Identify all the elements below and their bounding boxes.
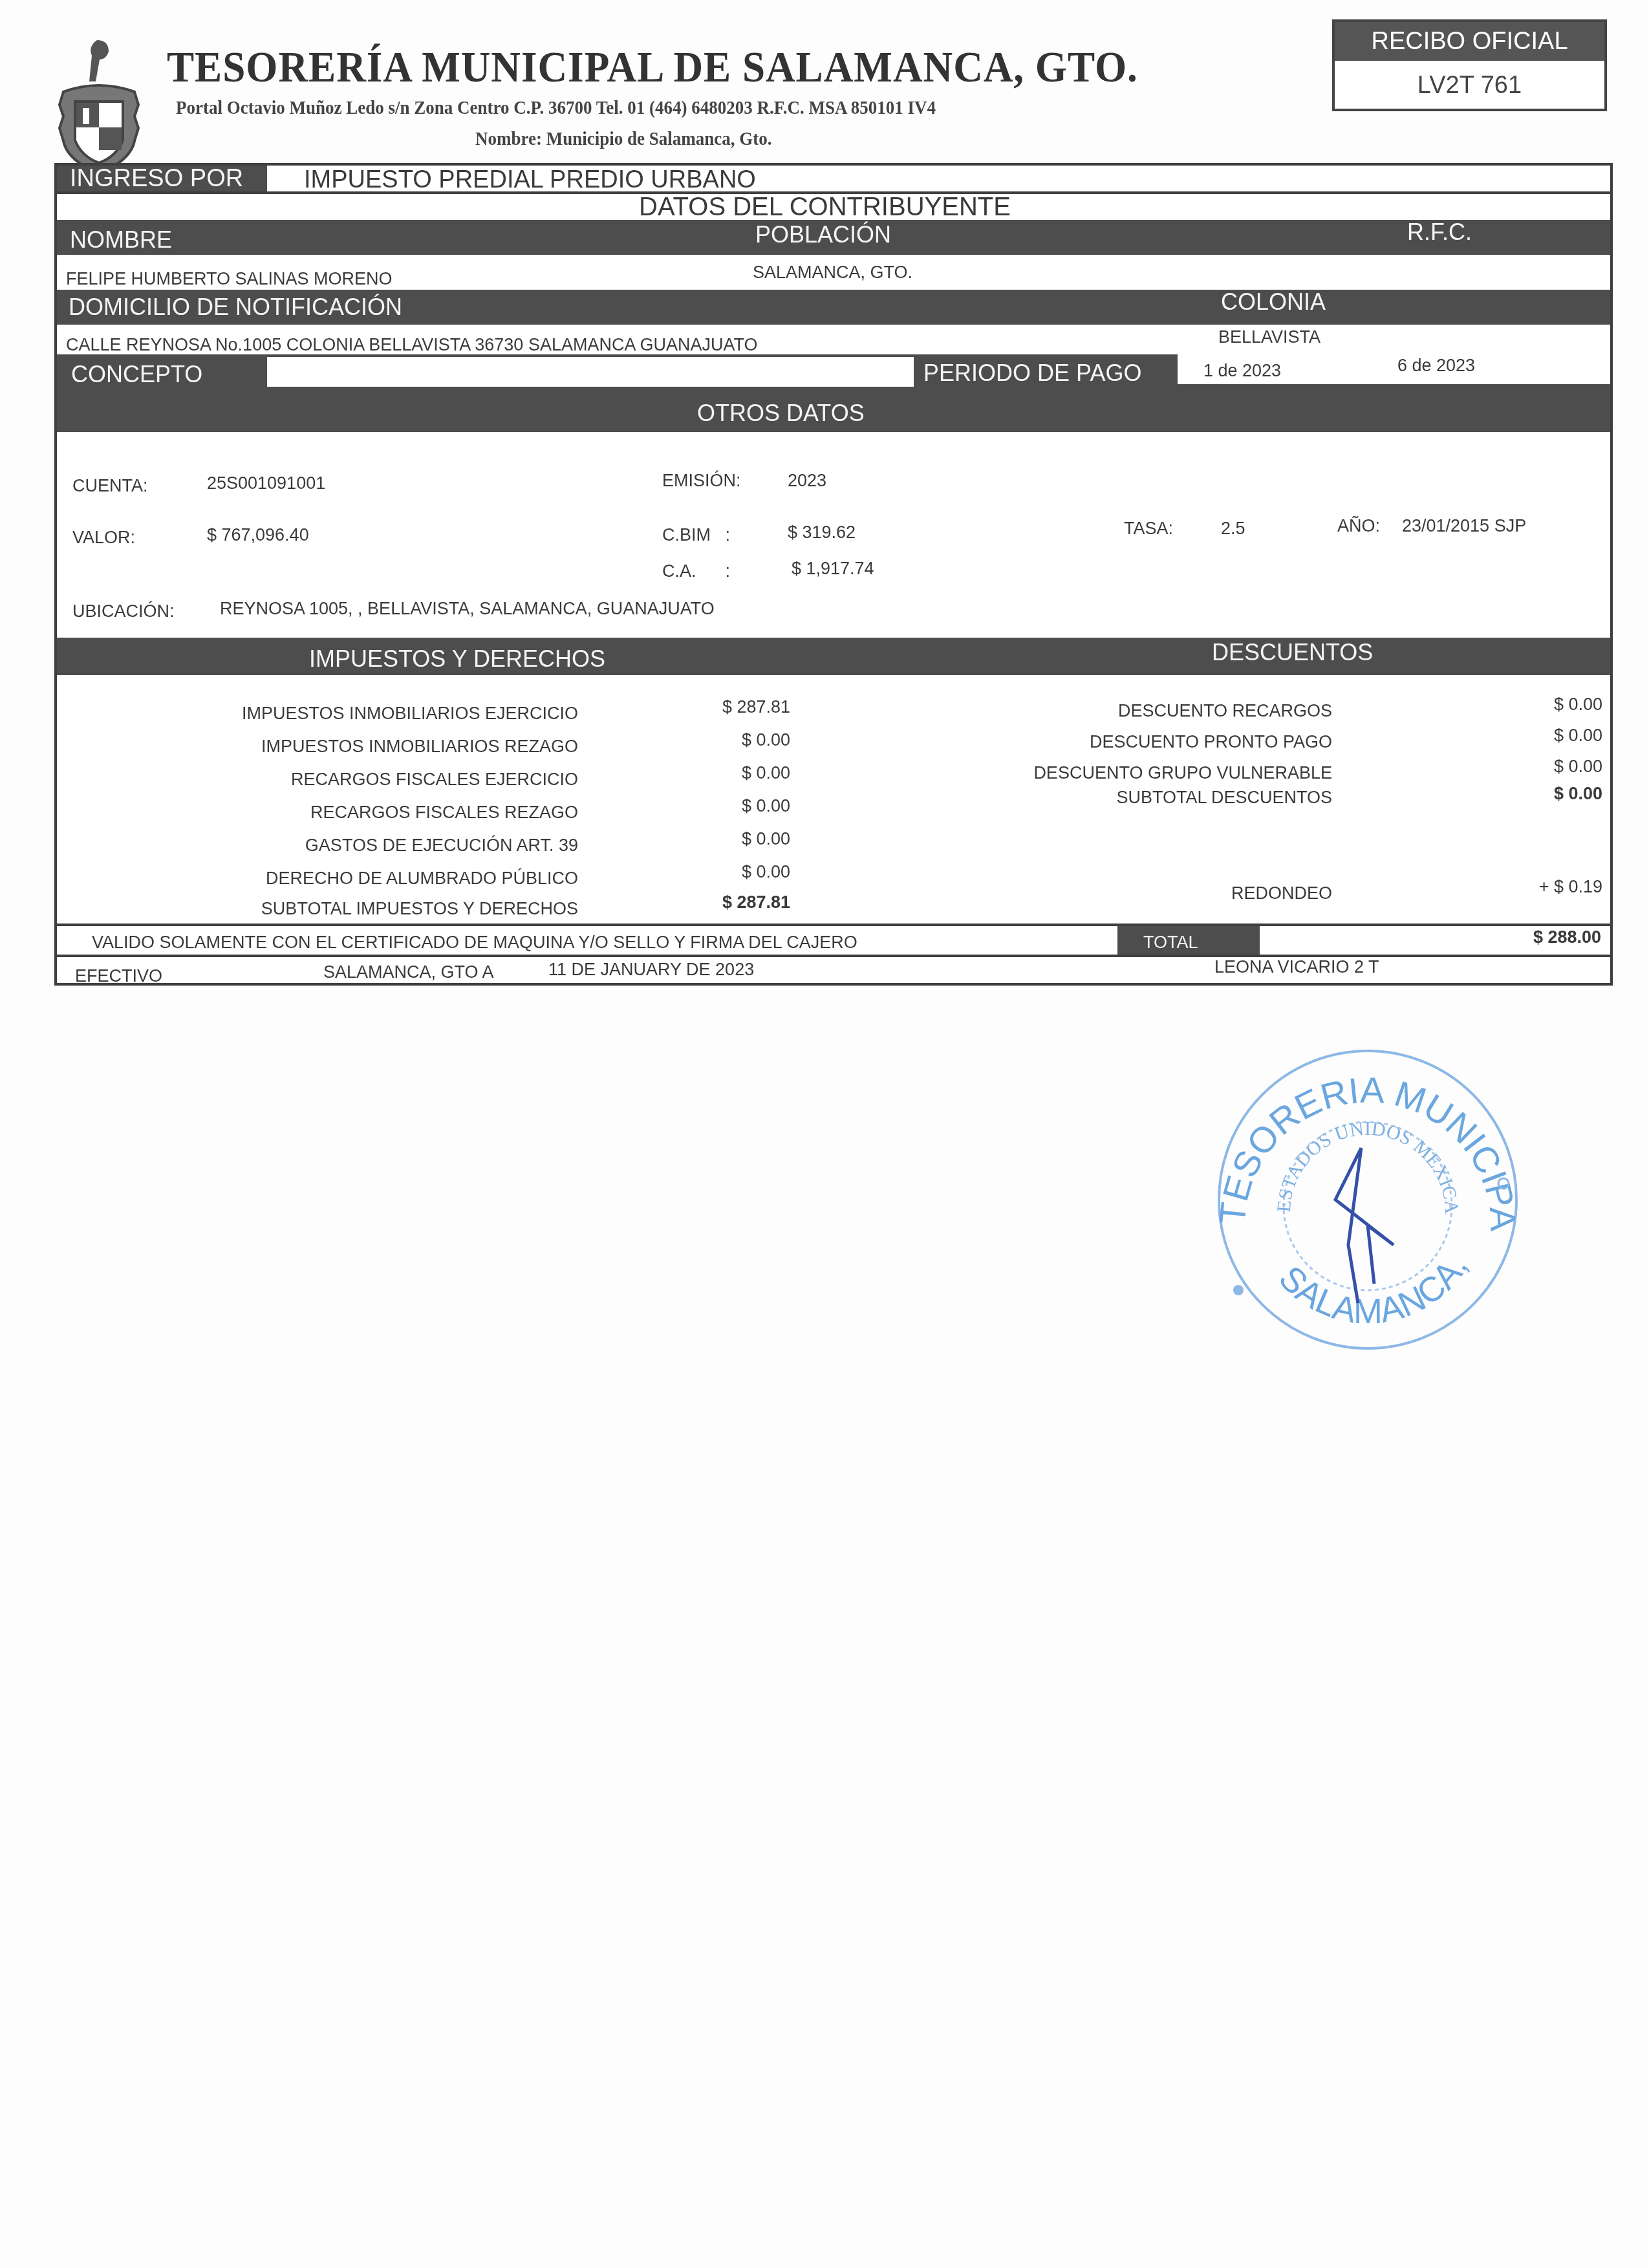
periodo-hasta: 6 de 2023 (1397, 356, 1475, 376)
sucursal: LEONA VICARIO 2 T (1214, 957, 1379, 977)
redondeo-amount: + $ 0.19 (1539, 877, 1602, 897)
impuestos-title: IMPUESTOS Y DERECHOS (309, 645, 605, 673)
poblacion-value: SALAMANCA, GTO. (753, 263, 912, 283)
impuesto-label: RECARGOS FISCALES REZAGO (310, 803, 578, 823)
anio-label: AÑO: (1337, 516, 1380, 536)
receipt-number: LV2T 761 (1335, 62, 1604, 109)
coat-of-arms-logo (50, 34, 147, 182)
ingreso-label: INGRESO POR (70, 165, 243, 193)
receipt-form: INGRESO POR IMPUESTO PREDIAL PREDIO URBA… (54, 163, 1613, 986)
emision-label: EMISIÓN: (662, 471, 741, 491)
receipt-box: RECIBO OFICIAL LV2T 761 (1332, 19, 1607, 111)
impuesto-amount: $ 287.81 (722, 697, 790, 717)
descuento-label: DESCUENTO PRONTO PAGO (1090, 732, 1332, 752)
otros-datos-title: OTROS DATOS (697, 400, 865, 427)
seal-icon: TESORERIA MUNICIPAL SALAMANCA, GTO. ESTA… (1200, 1031, 1536, 1368)
impuesto-label: IMPUESTOS INMOBILIARIOS REZAGO (261, 737, 578, 757)
tasa-label: TASA: (1124, 519, 1173, 539)
nombre-value: FELIPE HUMBERTO SALINAS MORENO (66, 269, 393, 289)
impuesto-amount: $ 0.00 (742, 730, 790, 750)
periodo-value-cell: 1 de 2023 6 de 2023 (1178, 354, 1610, 384)
poblacion-label: POBLACIÓN (755, 221, 891, 248)
signature (1335, 1148, 1394, 1303)
ingreso-value: IMPUESTO PREDIAL PREDIO URBANO (304, 166, 756, 194)
forma-pago: EFECTIVO (75, 966, 162, 986)
contribuyente-header-row: NOMBRE POBLACIÓN R.F.C. (57, 220, 1610, 255)
impuesto-label: GASTOS DE EJECUCIÓN ART. 39 (305, 836, 578, 856)
receipt-label: RECIBO OFICIAL (1335, 22, 1604, 61)
domicilio-header-row: DOMICILIO DE NOTIFICACIÓN COLONIA (57, 290, 1610, 325)
cbim-label: C.BIM : (662, 525, 730, 545)
cuenta-value: 25S001091001 (207, 473, 325, 493)
impuestos-descuentos-header: IMPUESTOS Y DERECHOS DESCUENTOS (57, 638, 1610, 675)
domicilio-label: DOMICILIO DE NOTIFICACIÓN (69, 294, 402, 321)
ingreso-label-cell: INGRESO POR (57, 166, 267, 191)
impuesto-amount: $ 0.00 (742, 829, 790, 849)
total-label: TOTAL (1143, 933, 1198, 953)
concepto-row: CONCEPTO PERIODO DE PAGO 1 de 2023 6 de … (57, 354, 1610, 393)
header-nombre: Nombre: Municipio de Salamanca, Gto. (475, 128, 772, 150)
emision-value: 2023 (788, 471, 826, 491)
municipal-coat-of-arms-icon (50, 34, 147, 182)
descuentos-subtotal-amount: $ 0.00 (1554, 784, 1602, 804)
tasa-value: 2.5 (1221, 519, 1245, 539)
descuento-label: DESCUENTO RECARGOS (1118, 701, 1332, 721)
descuento-amount: $ 0.00 (1554, 695, 1602, 715)
descuento-amount: $ 0.00 (1554, 726, 1602, 746)
fecha: 11 DE JANUARY DE 2023 (548, 960, 754, 980)
validez-text: VALIDO SOLAMENTE CON EL CERTIFICADO DE M… (92, 933, 857, 953)
impuesto-amount: $ 0.00 (742, 763, 790, 783)
ca-value: $ 1,917.74 (792, 559, 874, 579)
redondeo-label: REDONDEO (1231, 883, 1332, 903)
impuesto-label: DERECHO DE ALUMBRADO PÚBLICO (266, 869, 578, 889)
cbim-value: $ 319.62 (788, 523, 856, 543)
ubicacion-label: UBICACIÓN: (72, 601, 175, 621)
colonia-value: BELLAVISTA (1218, 327, 1320, 347)
valor-label: VALOR: (72, 528, 135, 548)
concepto-label: CONCEPTO (71, 361, 202, 388)
valor-value: $ 767,096.40 (207, 525, 309, 545)
ca-label: C.A. : (662, 561, 730, 581)
nombre-label: NOMBRE (70, 226, 172, 254)
descuentos-subtotal-label: SUBTOTAL DESCUENTOS (1116, 788, 1332, 808)
header-address: Portal Octavio Muñoz Ledo s/n Zona Centr… (176, 97, 936, 119)
periodo-desde: 1 de 2023 (1203, 361, 1281, 381)
total-label-cell: TOTAL (1117, 926, 1260, 957)
descuento-label: DESCUENTO GRUPO VULNERABLE (1033, 763, 1332, 783)
page-title: TESORERÍA MUNICIPAL DE SALAMANCA, GTO. (167, 41, 1138, 92)
impuestos-subtotal-label: SUBTOTAL IMPUESTOS Y DERECHOS (261, 899, 578, 919)
lugar: SALAMANCA, GTO A (323, 962, 494, 982)
otros-datos-header: OTROS DATOS (57, 393, 1610, 432)
cuenta-label: CUENTA: (72, 476, 148, 496)
impuesto-label: IMPUESTOS INMOBILIARIOS EJERCICIO (242, 704, 578, 724)
anio-value: 23/01/2015 SJP (1402, 516, 1526, 536)
impuesto-label: RECARGOS FISCALES EJERCICIO (291, 770, 578, 790)
descuentos-title: DESCUENTOS (1212, 639, 1373, 666)
periodo-label: PERIODO DE PAGO (923, 360, 1141, 387)
rfc-label: R.F.C. (1407, 219, 1472, 246)
colonia-label: COLONIA (1221, 288, 1326, 316)
total-amount: $ 288.00 (1533, 927, 1601, 947)
impuesto-amount: $ 0.00 (742, 796, 790, 816)
ubicacion-value: REYNOSA 1005, , BELLAVISTA, SALAMANCA, G… (220, 599, 715, 619)
concepto-value-cell (267, 357, 914, 387)
official-stamp: TESORERIA MUNICIPAL SALAMANCA, GTO. ESTA… (1200, 1031, 1536, 1368)
impuestos-subtotal-amount: $ 287.81 (722, 892, 790, 913)
impuesto-amount: $ 0.00 (742, 862, 790, 882)
descuento-amount: $ 0.00 (1554, 757, 1602, 777)
contribuyente-title: DATOS DEL CONTRIBUYENTE (639, 193, 1011, 222)
domicilio-value: CALLE REYNOSA No.1005 COLONIA BELLAVISTA… (66, 335, 757, 355)
